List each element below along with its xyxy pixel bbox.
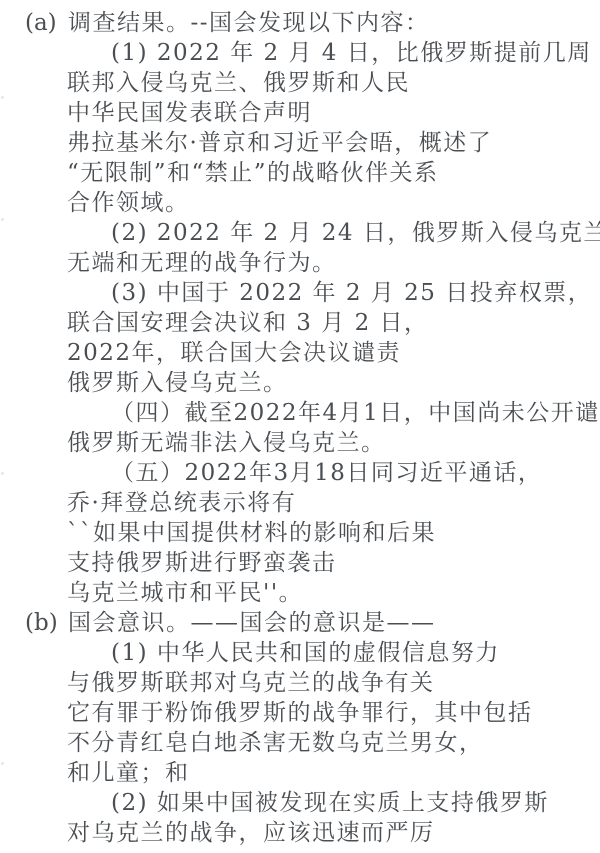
text-line: (2) 2022 年 2 月 24 日，俄罗斯入侵乌克兰 <box>0 218 600 248</box>
text-line: 无端和无理的战争行为。 <box>0 248 600 278</box>
scan-noise-speck <box>1 762 4 765</box>
text-line: 中华民国发表联合声明 <box>0 98 600 128</box>
text-line: (a)调查结果。--国会发现以下内容： <box>0 8 600 38</box>
text-line: (2) 如果中国被发现在实质上支持俄罗斯 <box>0 788 600 818</box>
text-line: 俄罗斯无端非法入侵乌克兰。 <box>0 428 600 458</box>
scan-noise-speck <box>1 96 4 99</box>
text-line: 弗拉基米尔·普京和习近平会晤，概述了 <box>0 128 600 158</box>
text-line: 联邦入侵乌克兰、俄罗斯和人民 <box>0 68 600 98</box>
text-line: 和儿童；和 <box>0 758 600 788</box>
text-line: ``如果中国提供材料的影响和后果 <box>0 518 600 548</box>
scan-noise-speck <box>1 218 4 221</box>
section-text: 调查结果。--国会发现以下内容： <box>68 8 430 38</box>
text-line: 支持俄罗斯进行野蛮袭击 <box>0 548 600 578</box>
section-text: 国会意识。——国会的意识是—— <box>68 608 436 638</box>
text-line: 联合国安理会决议和 3 月 2 日， <box>0 308 600 338</box>
section-label: (a) <box>25 8 68 38</box>
text-line: 对乌克兰的战争，应该迅速而严厉 <box>0 818 600 848</box>
text-line: 与俄罗斯联邦对乌克兰的战争有关 <box>0 668 600 698</box>
document-body: (a)调查结果。--国会发现以下内容：(1) 2022 年 2 月 4 日，比俄… <box>0 8 600 848</box>
text-line: 2022年，联合国大会决议谴责 <box>0 338 600 368</box>
text-line: （四）截至2022年4月1日，中国尚未公开谴责 <box>0 398 600 428</box>
text-line: (3) 中国于 2022 年 2 月 25 日投弃权票， <box>0 278 600 308</box>
text-line: 它有罪于粉饰俄罗斯的战争罪行，其中包括 <box>0 698 600 728</box>
text-line: 合作领域。 <box>0 188 600 218</box>
document-page: (a)调查结果。--国会发现以下内容：(1) 2022 年 2 月 4 日，比俄… <box>0 0 600 853</box>
text-line: 俄罗斯入侵乌克兰。 <box>0 368 600 398</box>
text-line: (1) 2022 年 2 月 4 日，比俄罗斯提前几周 <box>0 38 600 68</box>
text-line: (b)国会意识。——国会的意识是—— <box>0 608 600 638</box>
scan-noise-speck <box>1 472 4 475</box>
text-line: 乔·拜登总统表示将有 <box>0 488 600 518</box>
text-line: 不分青红皂白地杀害无数乌克兰男女， <box>0 728 600 758</box>
section-label: (b) <box>25 608 68 638</box>
text-line: (1) 中华人民共和国的虚假信息努力 <box>0 638 600 668</box>
text-line: （五）2022年3月18日同习近平通话， <box>0 458 600 488</box>
text-line: 乌克兰城市和平民''。 <box>0 578 600 608</box>
text-line: “无限制”和“禁止”的战略伙伴关系 <box>0 158 600 188</box>
